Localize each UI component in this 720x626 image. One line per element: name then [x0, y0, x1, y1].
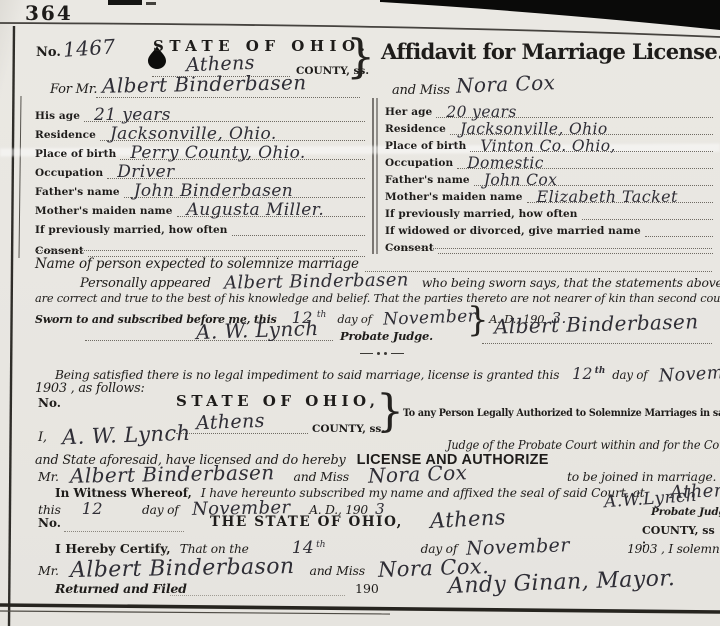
field-line — [232, 231, 365, 236]
field-row: His age 21 years — [35, 103, 365, 122]
granted-day-suffix: th — [595, 366, 605, 376]
license-county-label: COUNTY, ss. — [312, 423, 385, 435]
consent-continuation-line-right — [390, 248, 712, 249]
cert-county-value: Athens — [429, 505, 506, 533]
field-line: 21 years — [84, 117, 365, 122]
returned-filed-label: Returned and Filed — [55, 581, 187, 596]
field-value: 21 years — [94, 105, 171, 125]
groom-fields-column: His age 21 years Residence Jacksonville,… — [35, 103, 365, 257]
field-line — [438, 249, 713, 254]
cert-mr-label: Mr. — [38, 563, 59, 578]
field-line: Driver — [107, 174, 365, 179]
bottom-rule-thin — [0, 611, 390, 614]
field-line: John Binderbasen — [124, 193, 365, 198]
statement-line2: are correct and true to the best of his … — [35, 291, 720, 305]
license-day-of: day of — [142, 503, 178, 517]
bride-fields-column: Her age 20 years Residence Jacksonville,… — [385, 101, 713, 254]
field-row: Place of birth Vinton Co. Ohio, — [385, 135, 713, 152]
affiant-signature-line — [482, 343, 712, 344]
field-row: Place of birth Perry County, Ohio. — [35, 141, 365, 160]
field-value: Augusta Miller. — [187, 200, 325, 220]
field-label: Father's name — [385, 174, 474, 186]
divider-ornament — [360, 352, 404, 355]
appeared-name: Albert Binderbasen — [224, 269, 409, 293]
solemnize-label: Name of person expected to solemnize mar… — [35, 256, 365, 272]
returned-filed-line — [170, 595, 345, 596]
groom-name-line — [96, 97, 360, 98]
affidavit-no-label: No. — [36, 45, 61, 60]
license-no-label: No. — [38, 396, 61, 410]
field-line: Domestic — [457, 164, 713, 169]
appeared-label: Personally appeared — [80, 276, 211, 291]
field-label: Mother's maiden name — [385, 191, 527, 203]
license-probate-judge: Probate Judge. — [651, 506, 720, 518]
field-row: Her age 20 years — [385, 101, 713, 118]
cert-no-label: No. — [38, 516, 61, 530]
license-state-heading: STATE OF OHIO, — [176, 392, 379, 410]
appeared-rest: who being sworn says, that the statement… — [422, 275, 720, 290]
cert-day: 14 — [292, 538, 314, 558]
cert-groom-name: Albert Binderbason — [70, 554, 295, 583]
cert-and-miss: and Miss — [309, 563, 365, 578]
cert-no-line — [64, 531, 184, 532]
personally-appeared-row: Personally appeared Albert Binderbasen w… — [80, 271, 720, 292]
field-row: Father's name John Cox — [385, 169, 713, 186]
field-line: Vinton Co. Ohio, — [470, 147, 713, 152]
field-value: John Binderbasen — [134, 181, 293, 201]
field-row: Consent — [385, 237, 713, 254]
granted-month: November — [658, 360, 720, 386]
field-line: Augusta Miller. — [177, 212, 365, 217]
margin-rule — [19, 96, 21, 258]
probate-judge-label: Probate Judge. — [340, 329, 433, 343]
license-county-value: Athens — [196, 410, 266, 434]
field-line: Jacksonville, Ohio. — [100, 136, 365, 141]
cert-couple-row: Mr. Albert Binderbason and Miss Nora Cox… — [38, 556, 489, 581]
field-value: Vinton Co. Ohio, — [480, 137, 615, 155]
field-row: Father's name John Binderbasen — [35, 179, 365, 198]
cert-solemnized-tail: 1903 , I solemnized the marriage of — [627, 542, 720, 556]
scanned-marriage-record-page: 364 No. 1467 STATE OF OHIO. Athens COUNT… — [0, 0, 720, 626]
cert-day-of: day of — [421, 542, 457, 556]
field-label: Father's name — [35, 186, 124, 198]
groom-name-header: Albert Binderbasen — [102, 70, 307, 98]
field-value: Perry County, Ohio. — [130, 143, 305, 163]
field-label: If previously married, how often — [35, 224, 232, 236]
license-judge-name: A. W. Lynch — [62, 421, 191, 449]
field-row: Residence Jacksonville, Ohio — [385, 118, 713, 135]
granted-day-of: day of — [612, 368, 647, 382]
field-label: Occupation — [385, 157, 457, 169]
cert-year-partial: 190 — [355, 581, 379, 596]
field-label: His age — [35, 110, 84, 122]
field-line — [645, 232, 713, 237]
scan-speck — [146, 2, 156, 5]
binding-rule — [9, 26, 14, 626]
header-brace: } — [346, 33, 375, 79]
field-value: Driver — [117, 162, 174, 182]
field-line: Elizabeth Tacket — [527, 198, 713, 203]
consent-continuation-line-left — [35, 250, 357, 251]
field-label: Occupation — [35, 167, 107, 179]
field-label: Residence — [385, 123, 450, 135]
cert-day-suffix: th — [316, 540, 325, 550]
field-value: 20 years — [446, 103, 516, 121]
cert-state-heading: THE STATE OF OHIO, — [210, 514, 403, 530]
granted-row: Being satisfied there is no legal impedi… — [55, 363, 720, 384]
field-row: Mother's maiden name Augusta Miller. — [35, 198, 365, 217]
field-line — [582, 215, 713, 220]
field-label: Place of birth — [385, 140, 470, 152]
field-row: Residence Jacksonville, Ohio. — [35, 122, 365, 141]
field-line: John Cox — [474, 181, 713, 186]
affidavit-title: Affidavit for Marriage License. — [381, 39, 720, 64]
sworn-brace: } — [467, 303, 489, 337]
field-label: If previously married, how often — [385, 208, 582, 220]
license-i-label: I, — [38, 430, 47, 445]
field-label: Residence — [35, 129, 100, 141]
granted-tail: 1903 , as follows: — [35, 381, 145, 396]
page-number: 364 — [25, 1, 73, 25]
field-label: If widowed or divorced, give married nam… — [385, 225, 645, 237]
field-value: Elizabeth Tacket — [537, 187, 678, 206]
field-line: Jacksonville, Ohio — [450, 130, 713, 135]
license-county-line — [176, 433, 308, 434]
scan-edge-shadow — [380, 0, 720, 30]
bottom-rule — [0, 605, 720, 612]
field-label: Place of birth — [35, 148, 120, 160]
for-mr-label: For Mr. — [50, 82, 97, 97]
field-line: 20 years — [436, 113, 713, 118]
certify-row: I Hereby Certify, That on the 14th day o… — [55, 536, 720, 558]
certify-lead: I Hereby Certify, — [55, 541, 171, 556]
and-miss-label: and Miss — [392, 83, 450, 98]
granted-day: 12 — [572, 364, 593, 383]
field-label: Her age — [385, 106, 436, 118]
scan-speck — [108, 0, 142, 5]
field-row: If widowed or divorced, give married nam… — [385, 220, 713, 237]
license-day: 12 — [82, 499, 103, 518]
affidavit-state-heading: STATE OF OHIO. — [153, 37, 370, 55]
license-brace: } — [376, 390, 404, 434]
field-line: Perry County, Ohio. — [120, 155, 365, 160]
bride-name-header: Nora Cox — [456, 70, 556, 97]
affidavit-no-value: 1467 — [62, 34, 116, 62]
field-row: Consent — [35, 236, 365, 257]
license-addressee: To any Person Legally Authorized to Sole… — [403, 407, 720, 419]
field-row: Mother's maiden name Elizabeth Tacket — [385, 186, 713, 203]
sworn-day-of: day of — [337, 312, 371, 326]
sworn-month: November — [382, 306, 476, 329]
granted-label: Being satisfied there is no legal impedi… — [55, 367, 559, 382]
certify-rest: That on the — [180, 542, 249, 556]
field-value: Jacksonville, Ohio — [460, 120, 608, 138]
this-label: this — [38, 502, 61, 517]
field-label: Mother's maiden name — [35, 205, 177, 217]
field-value: Domestic — [467, 154, 544, 172]
field-value: Jacksonville, Ohio. — [110, 124, 277, 144]
judge-signature: A. W. Lynch — [196, 316, 319, 344]
